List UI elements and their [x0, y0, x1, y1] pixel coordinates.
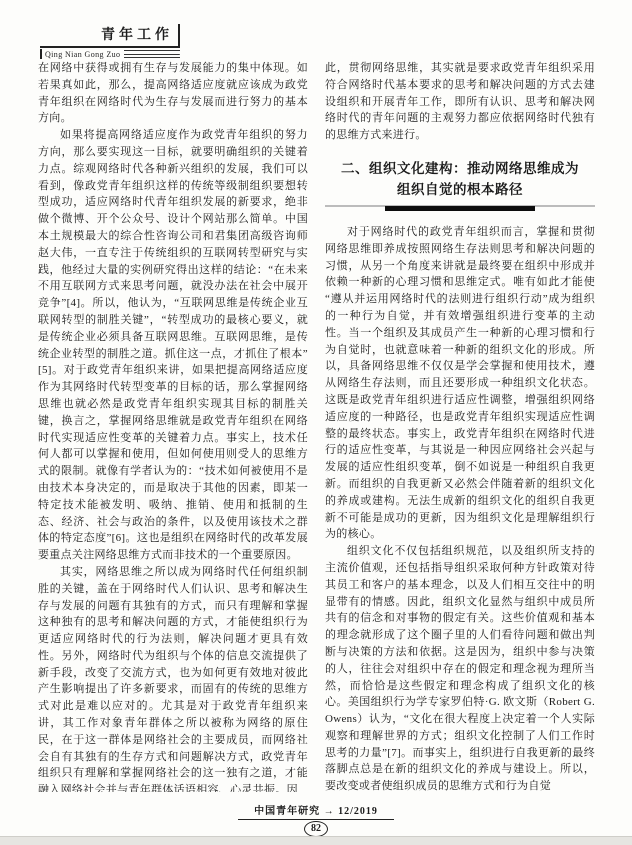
left-column: 在网络中获得或拥有生存与发展能力的集中体现。如若果真如此，那么，提高网络适应度就…: [38, 60, 308, 792]
section-heading: 二、组织文化建构：推动网络思维成为 组织自觉的根本路径: [325, 158, 595, 200]
header-pinyin-box: Qing Nian Gong Zuo: [40, 49, 180, 59]
journal-page: 青年工作 Qing Nian Gong Zuo 在网络中获得或拥有生存与发展能力…: [0, 0, 632, 845]
article-body: 在网络中获得或拥有生存与发展能力的集中体现。如若果真如此，那么，提高网络适应度就…: [38, 60, 595, 792]
decorative-lines-icon: [124, 50, 180, 58]
right-column: 此，贯彻网络思维，其实就是要求政党青年组织采用符合网络时代基本要求的思考和解决问…: [325, 60, 595, 792]
section-heading-line1: 二、组织文化建构：推动网络思维成为: [341, 161, 579, 176]
header-title-box: 青年工作: [40, 24, 180, 48]
column-section-pinyin: Qing Nian Gong Zuo: [45, 50, 120, 59]
page-number: 82: [304, 821, 328, 837]
body-paragraph: 如果将提高网络适应度作为政党青年组织的努力方向，那么要实现这一目标，就要明确组织…: [38, 127, 308, 564]
heading-underline: [325, 204, 595, 212]
section-heading-line2: 组织自觉的根本路径: [397, 182, 523, 197]
page-footer: 中国青年研究 → 12/2019 82: [0, 801, 632, 837]
page-header: 青年工作 Qing Nian Gong Zuo: [40, 24, 180, 59]
page-number-wrap: 82: [0, 818, 632, 837]
body-paragraph: 组织文化不仅包括组织规范，以及组织所支持的主流价值观，还包括指导组织采取何种方针…: [325, 543, 595, 792]
scan-edge-strip: [0, 836, 632, 845]
body-paragraph: 在网络中获得或拥有生存与发展能力的集中体现。如若果真如此，那么，提高网络适应度就…: [38, 60, 308, 127]
body-paragraph: 此，贯彻网络思维，其实就是要求政党青年组织采用符合网络时代基本要求的思考和解决问…: [325, 60, 595, 144]
body-paragraph: 其实，网络思维之所以成为网络时代任何组织制胜的关键，盖在于网络时代人们认识、思考…: [38, 564, 308, 792]
column-section-title: 青年工作: [101, 24, 173, 44]
body-paragraph: 对于网络时代的政党青年组织而言，掌握和贯彻网络思维即养成按照网络生存法则思考和解…: [325, 224, 595, 543]
heading-underline-thick: [385, 206, 535, 211]
